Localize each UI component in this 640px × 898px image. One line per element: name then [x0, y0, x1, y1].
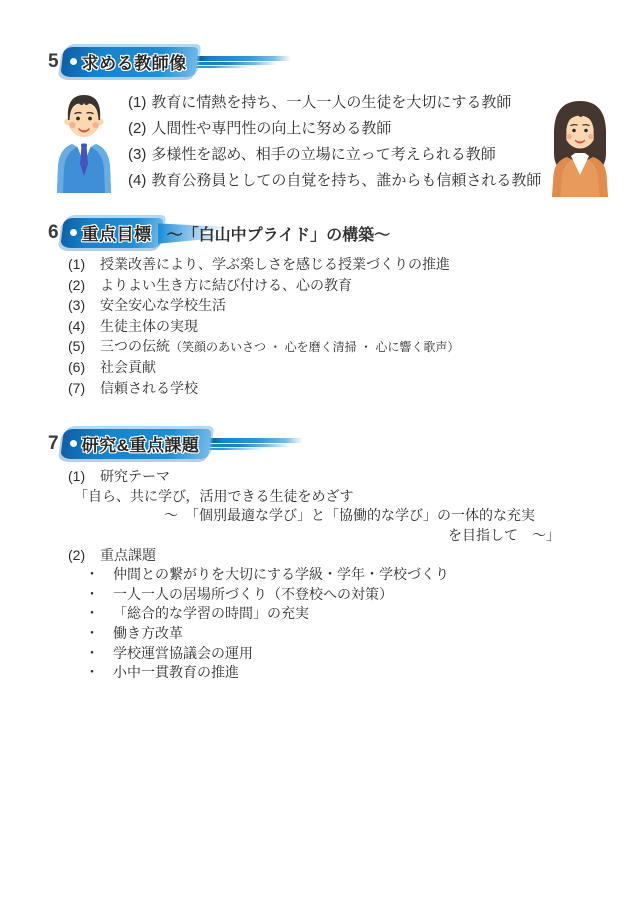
- section5-number: 5: [48, 51, 59, 73]
- bullet-icon: ・: [68, 624, 113, 644]
- brush-streak-icon: [193, 54, 291, 70]
- section7-header: 7 研究&重点課題: [48, 430, 600, 458]
- bullet-icon: ・: [68, 663, 113, 683]
- bullet-icon: ・: [68, 644, 113, 664]
- item-number: (2): [68, 276, 92, 296]
- task-text: 仲間との繋がりを大切にする学級・学年・学校づくり: [113, 565, 449, 585]
- goal-item: (2)よりよい生き方に結び付ける、心の教育: [68, 276, 600, 297]
- bullet-dot-icon: [70, 229, 77, 236]
- item-number: (1): [68, 255, 92, 275]
- item-number: (1): [128, 94, 146, 111]
- item-number: (4): [128, 172, 146, 189]
- item-text: 人間性や専門性の向上に努める教師: [151, 120, 391, 137]
- priority-tasks-heading: (2)重点課題: [68, 546, 600, 566]
- task-item: ・「総合的な学習の時間」の充実: [68, 604, 600, 624]
- bullet-dot-icon: [70, 58, 77, 65]
- item-text: 教育公務員としての自覚を持ち、誰からも信頼される教師: [151, 172, 541, 189]
- section6-header: 6 重点目標 ～「白山中プライド」の構築～: [48, 219, 600, 247]
- teacher-item: (2)人間性や専門性の向上に努める教師: [128, 116, 541, 142]
- task-item: ・一人一人の居場所づくり（不登校への対策）: [68, 585, 600, 605]
- bullet-dot-icon: [70, 440, 77, 447]
- section5-content: (1)教育に情熱を持ち、一人一人の生徒を大切にする教師 (2)人間性や専門性の向…: [48, 89, 600, 197]
- item-number: (6): [68, 358, 92, 378]
- item-label: 重点課題: [100, 547, 156, 563]
- item-number: (2): [128, 120, 146, 137]
- item-text: 教育に情熱を持ち、一人一人の生徒を大切にする教師: [151, 94, 511, 111]
- item-text: 生徒主体の実現: [100, 318, 198, 334]
- goal-item: (3)安全安心な学校生活: [68, 296, 600, 317]
- theme-line: 「自ら、共に学び，活用できる生徒をめざす: [68, 487, 600, 507]
- document-page: 5 求める教師像: [0, 0, 640, 898]
- task-item: ・働き方改革: [68, 624, 600, 644]
- item-text: 授業改善により、学ぶ楽しさを感じる授業づくりの推進: [100, 256, 450, 272]
- bullet-icon: ・: [68, 565, 113, 585]
- task-item: ・仲間との繋がりを大切にする学級・学年・学校づくり: [68, 565, 600, 585]
- male-teacher-svg: [51, 89, 117, 193]
- section5-header: 5 求める教師像: [48, 48, 600, 76]
- female-teacher-svg: [541, 91, 619, 197]
- female-teacher-illustration: [541, 91, 619, 197]
- section6-subtitle: ～「白山中プライド」の構築～: [167, 222, 391, 245]
- section5-title-brush: 求める教師像: [62, 47, 197, 77]
- bullet-icon: ・: [68, 585, 113, 605]
- research-theme-heading: (1)研究テーマ: [68, 467, 600, 487]
- goal-item: (5)三つの伝統（笑顔のあいさつ ・ 心を磨く清掃 ・ 心に響く歌声）: [68, 337, 600, 358]
- goal-item: (7)信頼される学校: [68, 379, 600, 400]
- item-text: 信頼される学校: [100, 380, 198, 396]
- section5-title: 求める教師像: [82, 49, 187, 74]
- goal-item: (6)社会貢献: [68, 358, 600, 379]
- section7-body: (1)研究テーマ 「自ら、共に学び，活用できる生徒をめざす ～ 「個別最適な学び…: [48, 467, 600, 683]
- item-text: 社会貢献: [100, 359, 156, 375]
- section6-item-list: (1)授業改善により、学ぶ楽しさを感じる授業づくりの推進 (2)よりよい生き方に…: [48, 255, 600, 399]
- male-teacher-illustration: [51, 89, 117, 193]
- teacher-item: (1)教育に情熱を持ち、一人一人の生徒を大切にする教師: [128, 90, 541, 116]
- goal-item: (4)生徒主体の実現: [68, 317, 600, 338]
- item-number: (4): [68, 317, 92, 337]
- item-number: (1): [68, 467, 92, 487]
- brush-streak-icon: [205, 436, 303, 452]
- item-text: よりよい生き方に結び付ける、心の教育: [100, 277, 352, 293]
- section6: 6 重点目標 ～「白山中プライド」の構築～ (1)授業改善により、学ぶ楽しさを感…: [48, 219, 600, 399]
- item-number: (7): [68, 379, 92, 399]
- theme-line: ～ 「個別最適な学び」と「協働的な学び」の一体的な充実: [68, 506, 600, 526]
- section6-title-brush: 重点目標: [62, 218, 162, 248]
- goal-item: (1)授業改善により、学ぶ楽しさを感じる授業づくりの推進: [68, 255, 600, 276]
- item-text: 三つの伝統: [100, 338, 170, 354]
- section6-title: 重点目標: [82, 220, 152, 245]
- item-number: (5): [68, 337, 92, 357]
- section7-number: 7: [48, 433, 59, 455]
- theme-line: を目指して ～」: [68, 526, 580, 546]
- task-item: ・小中一貫教育の推進: [68, 663, 600, 683]
- task-text: 「総合的な学習の時間」の充実: [113, 604, 309, 624]
- section7: 7 研究&重点課題 (1)研究テーマ 「自ら、共に学び，活用できる生徒をめざす …: [48, 430, 600, 683]
- bullet-icon: ・: [68, 604, 113, 624]
- task-text: 小中一貫教育の推進: [113, 663, 239, 683]
- section7-title: 研究&重点課題: [82, 431, 200, 456]
- item-number: (2): [68, 546, 92, 566]
- teacher-item: (3)多様性を認め、相手の立場に立って考えられる教師: [128, 142, 541, 168]
- section6-number: 6: [48, 222, 59, 244]
- item-text: 安全安心な学校生活: [100, 297, 226, 313]
- task-item: ・学校運営協議会の運用: [68, 644, 600, 664]
- teacher-item: (4)教育公務員としての自覚を持ち、誰からも信頼される教師: [128, 168, 541, 194]
- task-text: 一人一人の居場所づくり（不登校への対策）: [113, 585, 393, 605]
- item-note: （笑顔のあいさつ ・ 心を磨く清掃 ・ 心に響く歌声）: [170, 340, 459, 354]
- item-number: (3): [68, 296, 92, 316]
- section5-item-list: (1)教育に情熱を持ち、一人一人の生徒を大切にする教師 (2)人間性や専門性の向…: [128, 89, 541, 194]
- task-text: 働き方改革: [113, 624, 183, 644]
- item-text: 多様性を認め、相手の立場に立って考えられる教師: [151, 146, 495, 163]
- item-number: (3): [128, 146, 146, 163]
- item-label: 研究テーマ: [100, 468, 170, 484]
- section7-title-brush: 研究&重点課題: [62, 429, 210, 459]
- task-text: 学校運営協議会の運用: [113, 644, 253, 664]
